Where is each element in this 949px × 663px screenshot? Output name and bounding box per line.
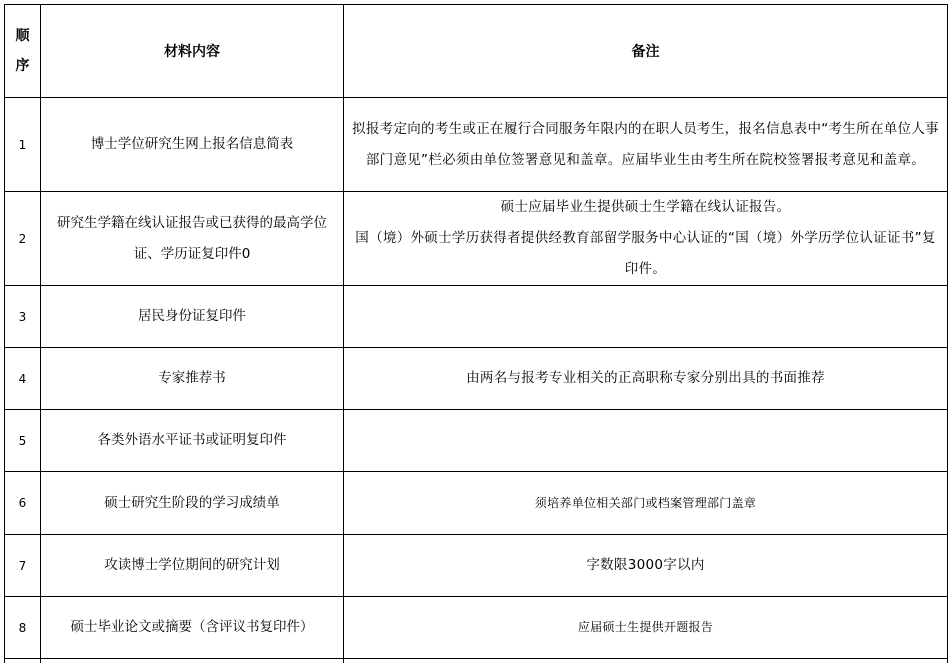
row-remarks <box>344 286 948 348</box>
row-sequence: 1 <box>5 98 41 192</box>
table-row: 5 各类外语水平证书或证明复印件 <box>5 410 948 472</box>
partial-cell <box>344 659 948 663</box>
row-content: 研究生学籍在线认证报告或已获得的最高学位证、学历证复印件0 <box>41 192 344 286</box>
row-content: 博士学位研究生网上报名信息简表 <box>41 98 344 192</box>
remark-line: 由两名与报考专业相关的正高职称专家分别出具的书面推荐 <box>350 363 941 394</box>
row-content: 各类外语水平证书或证明复印件 <box>41 410 344 472</box>
row-remarks: 须培养单位相关部门或档案管理部门盖章 <box>344 472 948 535</box>
remark-line: 拟报考定向的考生或正在履行合同服务年限内的在职人员考生，报名信息表中“考生所在单… <box>350 114 941 176</box>
table-row: 1 博士学位研究生网上报名信息简表 拟报考定向的考生或正在履行合同服务年限内的在… <box>5 98 948 192</box>
row-remarks: 字数限3000字以内 <box>344 535 948 597</box>
remark-line: 应届硕士生提供开题报告 <box>350 612 941 643</box>
table-row: 4 专家推荐书 由两名与报考专业相关的正高职称专家分别出具的书面推荐 <box>5 348 948 410</box>
row-content: 硕士毕业论文或摘要（含评议书复印件） <box>41 597 344 659</box>
row-sequence: 7 <box>5 535 41 597</box>
row-content: 居民身份证复印件 <box>41 286 344 348</box>
table-row: 6 硕士研究生阶段的学习成绩单 须培养单位相关部门或档案管理部门盖章 <box>5 472 948 535</box>
header-sequence-line1: 顺 <box>11 21 34 51</box>
remark-line: 字数限3000字以内 <box>350 550 941 581</box>
header-sequence-line2: 序 <box>11 51 34 81</box>
header-sequence: 顺 序 <box>5 5 41 98</box>
row-remarks: 应届硕士生提供开题报告 <box>344 597 948 659</box>
table-row-partial <box>5 659 948 663</box>
header-remarks: 备注 <box>344 5 948 98</box>
row-content: 硕士研究生阶段的学习成绩单 <box>41 472 344 535</box>
row-content: 攻读博士学位期间的研究计划 <box>41 535 344 597</box>
partial-cell <box>41 659 344 663</box>
row-content: 专家推荐书 <box>41 348 344 410</box>
row-sequence: 4 <box>5 348 41 410</box>
row-sequence: 3 <box>5 286 41 348</box>
row-sequence: 8 <box>5 597 41 659</box>
row-remarks: 由两名与报考专业相关的正高职称专家分别出具的书面推荐 <box>344 348 948 410</box>
row-remarks <box>344 410 948 472</box>
remark-line: 硕士应届毕业生提供硕士生学籍在线认证报告。 <box>350 192 941 223</box>
row-sequence: 2 <box>5 192 41 286</box>
row-remarks: 硕士应届毕业生提供硕士生学籍在线认证报告。 国（境）外硕士学历获得者提供经教育部… <box>344 192 948 286</box>
table-row: 8 硕士毕业论文或摘要（含评议书复印件） 应届硕士生提供开题报告 <box>5 597 948 659</box>
materials-table: 顺 序 材料内容 备注 1 博士学位研究生网上报名信息简表 拟报考定向的考生或正… <box>4 4 948 663</box>
remark-line: 须培养单位相关部门或档案管理部门盖章 <box>350 488 941 519</box>
table-row: 3 居民身份证复印件 <box>5 286 948 348</box>
header-row: 顺 序 材料内容 备注 <box>5 5 948 98</box>
header-content: 材料内容 <box>41 5 344 98</box>
row-sequence: 6 <box>5 472 41 535</box>
row-remarks: 拟报考定向的考生或正在履行合同服务年限内的在职人员考生，报名信息表中“考生所在单… <box>344 98 948 192</box>
table-row: 7 攻读博士学位期间的研究计划 字数限3000字以内 <box>5 535 948 597</box>
partial-cell <box>5 659 41 663</box>
row-sequence: 5 <box>5 410 41 472</box>
remark-line: 国（境）外硕士学历获得者提供经教育部留学服务中心认证的“国（境）外学历学位认证证… <box>350 223 941 285</box>
table-row: 2 研究生学籍在线认证报告或已获得的最高学位证、学历证复印件0 硕士应届毕业生提… <box>5 192 948 286</box>
